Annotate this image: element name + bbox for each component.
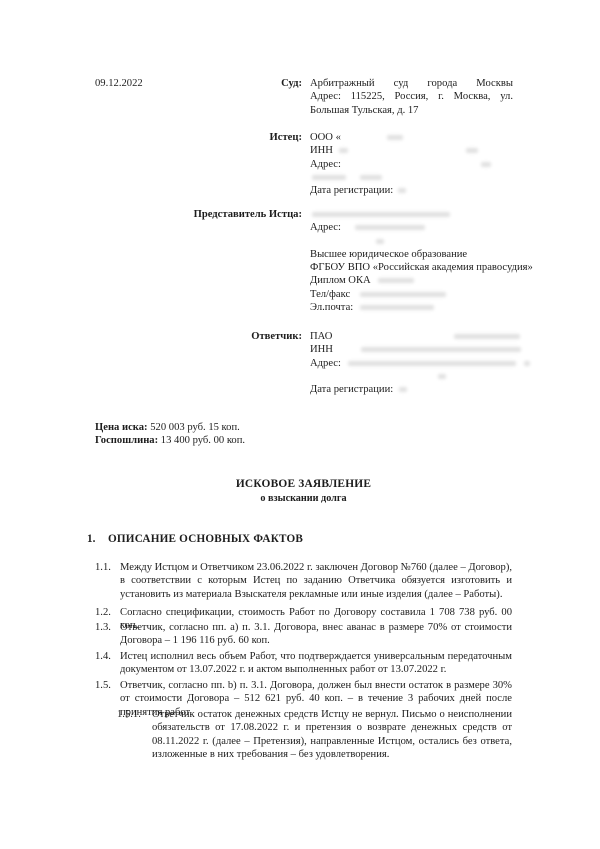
redacted-text (454, 334, 520, 339)
plaintiff-reg-label: Дата регистрации: (310, 185, 393, 196)
document-title-block: ИСКОВОЕ ЗАЯВЛЕНИЕ о взыскании долга (95, 478, 512, 506)
plaintiff-org: ООО « (310, 132, 341, 143)
redacted-text (312, 175, 346, 180)
court-block: Арбитражный суд города Москвы Адрес: 115… (310, 77, 513, 117)
redacted-text (524, 361, 530, 366)
fact-number: 1.5.1. (117, 708, 141, 721)
court-label: Суд: (95, 77, 302, 90)
legal-document-page: 09.12.2022 Суд: Арбитражный суд города М… (0, 0, 600, 849)
representative-diploma-label: Диплом ОКА (310, 275, 371, 286)
redacted-text (378, 278, 414, 283)
claim-fee-value: 13 400 руб. 00 коп. (161, 435, 245, 446)
fact-number: 1.4. (95, 650, 111, 663)
redacted-text (438, 374, 446, 379)
court-address: Адрес: 115225, Россия, г. Москва, ул. Бо… (310, 90, 513, 117)
document-subtitle: о взыскании долга (95, 492, 512, 505)
representative-email-label: Эл.почта: (310, 302, 353, 313)
redacted-text (339, 148, 348, 153)
fact-number: 1.3. (95, 621, 111, 634)
redacted-text (398, 188, 406, 193)
redacted-text (387, 135, 403, 140)
fact-item-1-3: 1.3. Ответчик, согласно пп. а) п. 3.1. Д… (95, 621, 512, 648)
redacted-text (348, 361, 516, 366)
redacted-text (360, 292, 446, 297)
defendant-label: Ответчик: (95, 330, 302, 343)
representative-university: ФГБОУ ВПО «Российская академия правосуди… (310, 261, 513, 274)
court-name: Арбитражный суд города Москвы (310, 77, 513, 90)
fact-text: Ответчик, согласно пп. а) п. 3.1. Догово… (120, 621, 512, 648)
redacted-text (355, 225, 425, 230)
redacted-text (376, 239, 384, 244)
redacted-text (481, 162, 491, 167)
redacted-text (466, 148, 478, 153)
redacted-text (360, 175, 382, 180)
section1-number: 1. (87, 533, 95, 546)
fact-text: Между Истцом и Ответчиком 23.06.2022 г. … (120, 561, 512, 601)
representative-label: Представитель Истца: (95, 208, 302, 221)
redacted-text (312, 212, 450, 217)
fact-number: 1.2. (95, 606, 111, 619)
claim-price-line: Цена иска: 520 003 руб. 15 коп. (95, 421, 512, 434)
fact-item-1-4: 1.4. Истец исполнил весь объем Работ, чт… (95, 650, 512, 677)
document-title: ИСКОВОЕ ЗАЯВЛЕНИЕ (95, 478, 512, 491)
fact-number: 1.1. (95, 561, 111, 574)
fact-text: Ответчик остаток денежных средств Истцу … (152, 708, 512, 761)
redacted-text (399, 387, 407, 392)
representative-block: Адрес: Высшее юридическое образование ФГ… (310, 208, 513, 314)
defendant-block: ПАО ИНН Адрес: Дата регистрации: (310, 330, 513, 396)
claim-price-value: 520 003 руб. 15 коп. (150, 422, 240, 433)
defendant-address-label: Адрес: (310, 358, 341, 369)
claim-fee-label: Госпошлина: (95, 435, 158, 446)
representative-phone-label: Тел/факс (310, 289, 350, 300)
defendant-org: ПАО (310, 331, 332, 342)
section1-heading: ОПИСАНИЕ ОСНОВНЫХ ФАКТОВ (108, 533, 303, 546)
fact-item-1-5-1: 1.5.1. Ответчик остаток денежных средств… (95, 708, 512, 761)
defendant-inn-label: ИНН (310, 344, 333, 355)
plaintiff-label: Истец: (95, 131, 302, 144)
plaintiff-block: ООО « ИНН Адрес: Дата регистрации: (310, 131, 513, 197)
claim-fee-line: Госпошлина: 13 400 руб. 00 коп. (95, 434, 512, 447)
redacted-text (361, 347, 521, 352)
plaintiff-address-label: Адрес: (310, 159, 341, 170)
plaintiff-inn-label: ИНН (310, 145, 333, 156)
fact-number: 1.5. (95, 679, 111, 692)
fact-text: Истец исполнил весь объем Работ, что под… (120, 650, 512, 677)
representative-education: Высшее юридическое образование (310, 248, 513, 261)
fact-item-1-1: 1.1. Между Истцом и Ответчиком 23.06.202… (95, 561, 512, 601)
redacted-text (360, 305, 434, 310)
claim-price-label: Цена иска: (95, 422, 148, 433)
defendant-reg-label: Дата регистрации: (310, 384, 393, 395)
representative-address-label: Адрес: (310, 222, 341, 233)
